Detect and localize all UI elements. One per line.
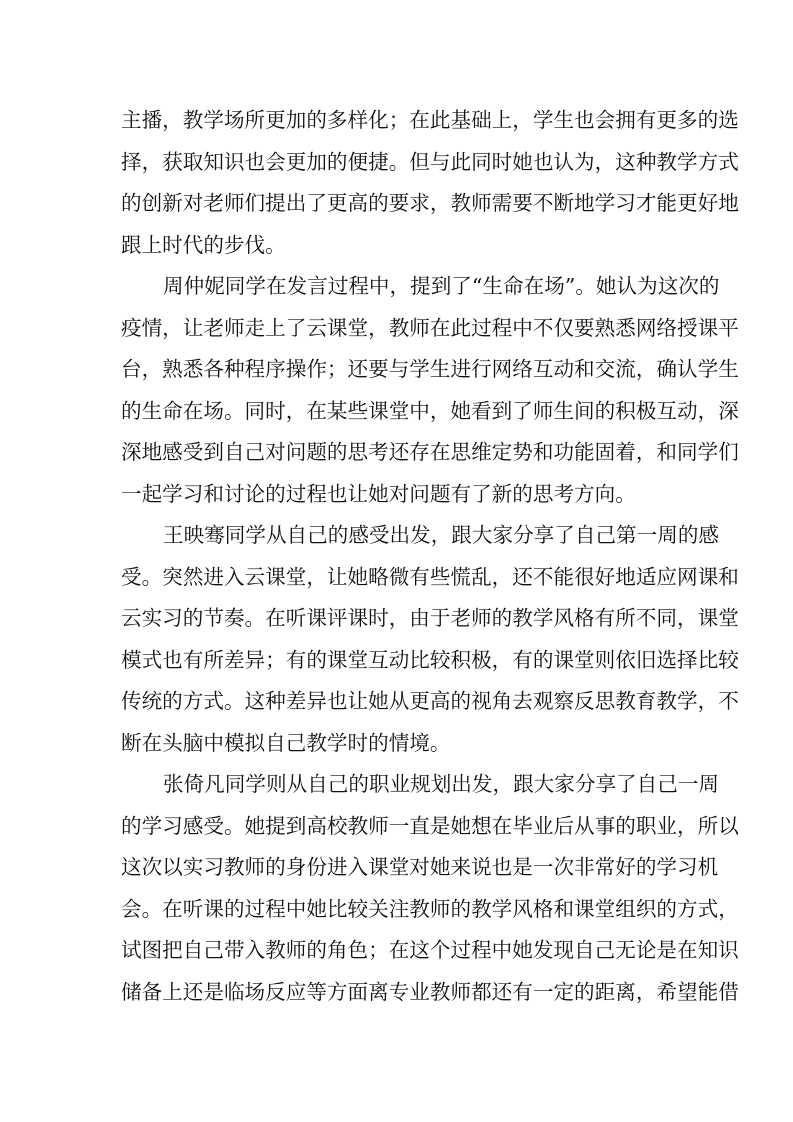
text-line: 云实习的节奏。在听课评课时，由于老师的教学风格有所不同，课堂 <box>121 598 673 640</box>
text-line: 疫情，让老师走上了云课堂，教师在此过程中不仅要熟悉网络授课平 <box>121 308 673 350</box>
text-line: 王映骞同学从自己的感受出发，跟大家分享了自己第一周的感 <box>121 515 673 557</box>
text-line: 这次以实习教师的身份进入课堂对她来说也是一次非常好的学习机 <box>121 847 673 889</box>
text-line: 的学习感受。她提到高校教师一直是她想在毕业后从事的职业，所以 <box>121 806 673 848</box>
text-line: 深地感受到自己对问题的思考还存在思维定势和功能固着，和同学们 <box>121 432 673 474</box>
text-line: 台，熟悉各种程序操作；还要与学生进行网络互动和交流，确认学生 <box>121 349 673 391</box>
text-line: 跟上时代的步伐。 <box>121 225 673 267</box>
text-line: 主播，教学场所更加的多样化；在此基础上，学生也会拥有更多的选 <box>121 100 673 142</box>
document-body: 主播，教学场所更加的多样化；在此基础上，学生也会拥有更多的选 择，获取知识也会更… <box>121 100 673 1013</box>
text-line: 张倚凡同学则从自己的职业规划出发，跟大家分享了自己一周 <box>121 764 673 806</box>
paragraph-3: 王映骞同学从自己的感受出发，跟大家分享了自己第一周的感 受。突然进入云课堂，让她… <box>121 515 673 764</box>
text-line: 模式也有所差异；有的课堂互动比较积极，有的课堂则依旧选择比较 <box>121 640 673 682</box>
text-line: 的创新对老师们提出了更高的要求，教师需要不断地学习才能更好地 <box>121 183 673 225</box>
text-line: 试图把自己带入教师的角色；在这个过程中她发现自己无论是在知识 <box>121 930 673 972</box>
text-line: 传统的方式。这种差异也让她从更高的视角去观察反思教育教学，不 <box>121 681 673 723</box>
text-line: 的生命在场。同时，在某些课堂中，她看到了师生间的积极互动，深 <box>121 391 673 433</box>
text-line: 储备上还是临场反应等方面离专业教师都还有一定的距离，希望能借 <box>121 972 673 1014</box>
text-line: 择，获取知识也会更加的便捷。但与此同时她也认为，这种教学方式 <box>121 142 673 184</box>
text-line: 断在头脑中模拟自己教学时的情境。 <box>121 723 673 765</box>
text-line: 周仲妮同学在发言过程中，提到了“生命在场”。她认为这次的 <box>121 266 673 308</box>
document-page: 主播，教学场所更加的多样化；在此基础上，学生也会拥有更多的选 择，获取知识也会更… <box>0 0 793 1122</box>
paragraph-2: 周仲妮同学在发言过程中，提到了“生命在场”。她认为这次的 疫情，让老师走上了云课… <box>121 266 673 515</box>
paragraph-1: 主播，教学场所更加的多样化；在此基础上，学生也会拥有更多的选 择，获取知识也会更… <box>121 100 673 266</box>
paragraph-4: 张倚凡同学则从自己的职业规划出发，跟大家分享了自己一周 的学习感受。她提到高校教… <box>121 764 673 1013</box>
text-line: 会。在听课的过程中她比较关注教师的教学风格和课堂组织的方式， <box>121 889 673 931</box>
text-line: 一起学习和讨论的过程也让她对问题有了新的思考方向。 <box>121 474 673 516</box>
text-line: 受。突然进入云课堂，让她略微有些慌乱，还不能很好地适应网课和 <box>121 557 673 599</box>
